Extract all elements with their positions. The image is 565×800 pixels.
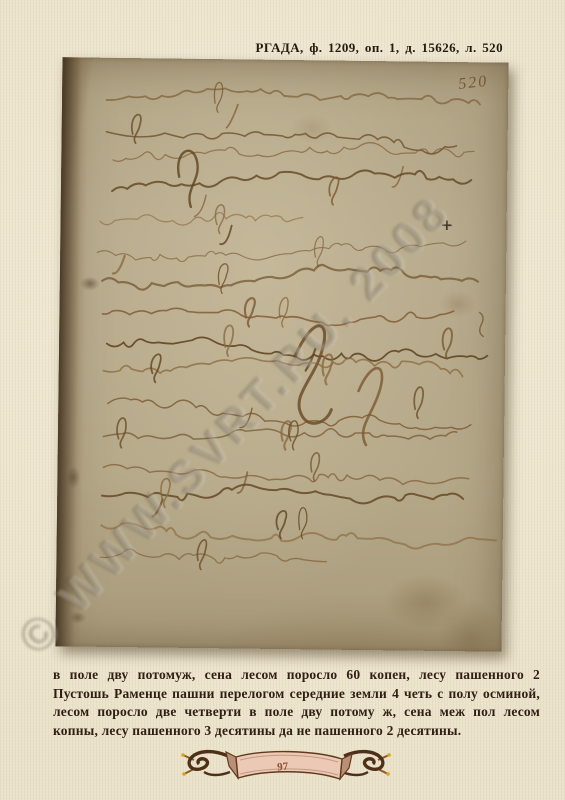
book-page: РГАДА, ф. 1209, оп. 1, д. 15626, л. 520 … <box>0 0 565 800</box>
folio-number: 520 <box>457 73 489 94</box>
caption-line: копны, лесу пашенного 3 десятины да не п… <box>53 722 540 741</box>
page-number: 97 <box>277 761 290 774</box>
caption-line: в поле дву потомуж, сена лесом поросло 6… <box>53 666 540 685</box>
ribbon-left-flourish <box>181 752 230 776</box>
page-number-ribbon: 97 <box>180 746 392 784</box>
caption-line: Пустошь Раменце пашни перелогом середние… <box>53 685 540 704</box>
transcription-caption: в поле дву потомуж, сена лесом поросло 6… <box>53 666 540 740</box>
caption-line: лесом поросло две четверти в поле дву по… <box>53 703 540 722</box>
archive-citation: РГАДА, ф. 1209, оп. 1, д. 15626, л. 520 <box>256 40 503 56</box>
